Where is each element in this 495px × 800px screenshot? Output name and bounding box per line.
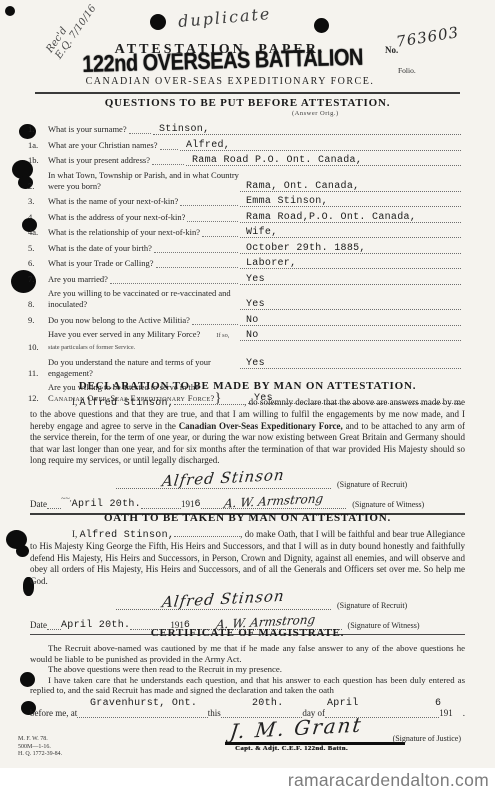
question-text: Do you now belong to the Active Militia? [48, 315, 240, 326]
typed-month: April [327, 698, 359, 709]
typed-year-digit: 6 [435, 698, 441, 709]
this-label: this [208, 708, 221, 718]
oath-paragraph: I, Alfred Stinson,, do make Oath, that I… [30, 528, 465, 587]
typed-recruit-name: Alfred Stinson, [80, 530, 175, 541]
answer-line: Yes [240, 357, 461, 369]
question-number: 5. [28, 243, 48, 254]
question-row: 4a. What is the relationship of your nex… [28, 226, 461, 238]
year-printed: 191 [439, 708, 453, 718]
question-number: 8. [28, 299, 48, 310]
dotted-leader [110, 283, 238, 284]
answer-line: Yes [240, 298, 461, 310]
dotted-leader [180, 205, 238, 206]
question-text: Have you ever served in any Military For… [48, 329, 240, 353]
document-header: duplicate Rec'd E.Q. 7/10/16 ATTESTATION… [0, 0, 495, 96]
question-number: 4a. [28, 227, 48, 238]
witness-signature-label: (Signature of Witness) [346, 500, 465, 509]
answer-line: Rama Road P.O. Ont. Canada, [186, 154, 461, 166]
questions-list: 1. What is your surname? Stinson, 1a. Wh… [0, 123, 495, 404]
answer-line: Alfred, [180, 139, 461, 151]
signature-line: Alfred Stinson [116, 590, 331, 610]
questions-subnote: (Answer Orig.) [292, 110, 339, 117]
question-row: 3. What is the name of your next-of-kin?… [28, 195, 461, 207]
typed-answer: Yes [240, 299, 265, 310]
question-label: Have you ever served in any Military For… [48, 329, 200, 339]
declaration-title: DECLARATION TO BE MADE BY MAN ON ATTESTA… [30, 380, 465, 392]
typed-answer: Alfred, [180, 140, 230, 151]
answer-line: Laborer, [240, 257, 461, 269]
witness-signature-line: A. W. Armstrong [201, 494, 346, 509]
certificate-paragraph-1: The Recruit above-named was cautioned by… [30, 643, 465, 664]
question-number: 1a. [28, 140, 48, 151]
question-label: Do you understand the nature and terms o… [48, 357, 211, 378]
question-label: What is the name of your next-of-kin? [48, 196, 178, 207]
certificate-paragraph-2: The above questions were then read to th… [30, 664, 465, 675]
typed-answer: Wife, [240, 227, 278, 238]
question-text: What is the relationship of your next-of… [48, 227, 240, 238]
typed-day: 20th. [252, 698, 284, 709]
typed-answer: No [240, 330, 259, 341]
dotted-leader [141, 500, 181, 509]
answer-line: Wife, [240, 226, 461, 238]
typed-date: April 20th. [72, 499, 141, 510]
justice-signature-row: J. M. Grant Capt. & Adjt. C.E.F. 122nd. … [30, 720, 465, 750]
answer-line: Stinson, [153, 123, 461, 135]
dotted-leader [160, 149, 178, 150]
dotted-leader [154, 252, 238, 253]
question-number: 9. [28, 315, 48, 326]
answer-line: Emma Stinson, [240, 195, 461, 207]
certificate-section: CERTIFICATE OF MAGISTRATE. The Recruit a… [0, 627, 495, 750]
question-row: 8. Are you willing to be vaccinated or r… [28, 288, 461, 310]
question-row: 9. Do you now belong to the Active Milit… [28, 314, 461, 326]
typed-answer: October 29th. 1885, [240, 243, 366, 254]
questions-section: QUESTIONS TO BE PUT BEFORE ATTESTATION. … [0, 97, 495, 408]
question-row: 1a. What are your Christian names? Alfre… [28, 139, 461, 151]
recruit-signature-label: (Signature of Recruit) [331, 601, 465, 610]
folio-label: Folio. [398, 66, 416, 75]
attestation-paper-scan: duplicate Rec'd E.Q. 7/10/16 ATTESTATION… [0, 0, 495, 800]
dotted-leader [174, 528, 240, 537]
dotted-leader [156, 267, 238, 268]
answer-line: Yes [240, 273, 461, 285]
question-row: 7. Are you married? Yes [28, 273, 461, 285]
question-row: 5. What is the date of your birth? Octob… [28, 242, 461, 254]
print-code-line: 500M—1-16. [18, 744, 62, 752]
dotted-leader [47, 500, 61, 509]
typed-answer: Yes [240, 358, 265, 369]
answer-line: No [240, 329, 461, 341]
print-code-line: H. Q. 1772-39-84. [18, 751, 62, 759]
answer-line: Rama, Ont. Canada, [240, 180, 461, 192]
witness-signature: A. W. Armstrong [223, 492, 324, 511]
oath-section: OATH TO BE TAKEN BY MAN ON ATTESTATION. … [0, 512, 495, 635]
question-label: Are you willing to be vaccinated or re-v… [48, 288, 231, 309]
typed-answer: Rama Road,P.O. Ont. Canada, [240, 212, 416, 223]
typed-answer: Rama, Ont. Canada, [240, 181, 359, 192]
question-text: What is the date of your birth? [48, 243, 240, 254]
question-row: 6. What is your Trade or Calling? Labore… [28, 257, 461, 269]
question-label: What is your Trade or Calling? [48, 258, 154, 269]
dotted-leader [174, 396, 244, 405]
question-row: 4. What is the address of your next-of-k… [28, 211, 461, 223]
date-label: Date [30, 499, 47, 509]
question-text: What is your Trade or Calling? [48, 258, 240, 269]
question-row: 11. Do you understand the nature and ter… [28, 357, 461, 379]
before-me-label: before me, at [30, 708, 77, 718]
dotted-leader [202, 236, 238, 237]
dotted-leader [77, 709, 208, 718]
declaration-section: DECLARATION TO BE MADE BY MAN ON ATTESTA… [0, 380, 495, 515]
recruit-signature-row: Alfred Stinson (Signature of Recruit) [30, 469, 465, 489]
question-number: 1. [28, 124, 48, 135]
print-code-line: M. F. W. 78. [18, 736, 62, 744]
form-print-codes: M. F. W. 78. 500M—1-16. H. Q. 1772-39-84… [18, 736, 62, 759]
certificate-paragraph-3: I have taken care that he understands ea… [30, 675, 465, 696]
question-text: In what Town, Township or Parish, and in… [48, 170, 240, 192]
question-text: Are you married? [48, 274, 240, 285]
question-label: What is the relationship of your next-of… [48, 227, 200, 238]
oath-title: OATH TO BE TAKEN BY MAN ON ATTESTATION. [30, 512, 465, 524]
question-label: Do you now belong to the Active Militia? [48, 315, 190, 326]
question-number: 11. [28, 368, 48, 379]
document-subtitle: CANADIAN OVER-SEAS EXPEDITIONARY FORCE. [0, 76, 460, 87]
certificate-text-1: The Recruit above-named was cautioned by… [30, 643, 465, 664]
declaration-date-row: Date ~~, April 20th. 191 6 A. W. Armstro… [30, 494, 465, 509]
question-row: 10. Have you ever served in any Military… [28, 329, 461, 353]
question-text: Do you understand the nature and terms o… [48, 357, 240, 379]
handwritten-duplicate-note: duplicate [177, 4, 272, 31]
question-number: 7. [28, 274, 48, 285]
typed-answer: Emma Stinson, [240, 196, 328, 207]
certificate-title: CERTIFICATE OF MAGISTRATE. [30, 627, 465, 639]
declaration-lead-in: I, [72, 397, 77, 407]
oath-lead-in: I, [72, 529, 77, 539]
year-printed: 191 [181, 499, 195, 509]
signature-line: Alfred Stinson [116, 469, 331, 489]
question-label: What is your surname? [48, 124, 127, 135]
question-label: What is your present address? [48, 155, 150, 166]
website-watermark: ramaracardendalton.com [288, 770, 489, 791]
typed-answer: No [240, 315, 259, 326]
answer-line: October 29th. 1885, [240, 242, 461, 254]
declaration-force-name: Canadian Over-Seas Expeditionary Force, [179, 421, 343, 431]
period: . [463, 708, 465, 718]
justice-signature-label: (Signature of Justice) [393, 734, 461, 743]
question-text: What are your Christian names? [48, 140, 180, 151]
officer-stamp-line: Capt. & Adjt. C.E.F. 122nd. Battn. [235, 745, 348, 752]
typed-answer: Yes [240, 274, 265, 285]
question-row: 2. In what Town, Township or Parish, and… [28, 170, 461, 192]
question-number: 4. [28, 212, 48, 223]
question-number: 3. [28, 196, 48, 207]
question-row: 1. What is your surname? Stinson, [28, 123, 461, 135]
typed-answer: Stinson, [153, 124, 209, 135]
recruit-signature: Alfred Stinson [161, 466, 286, 491]
question-text: What is the name of your next-of-kin? [48, 196, 240, 207]
dotted-leader [192, 324, 238, 325]
dotted-leader [129, 133, 151, 134]
questions-title: QUESTIONS TO BE PUT BEFORE ATTESTATION. [0, 97, 495, 109]
question-text: Are you willing to be vaccinated or re-v… [48, 288, 240, 310]
recruit-signature-row: Alfred Stinson (Signature of Recruit) [30, 590, 465, 610]
recruit-signature: Alfred Stinson [161, 587, 286, 612]
question-text: What is the address of your next-of-kin? [48, 212, 240, 223]
answer-line: Rama Road,P.O. Ont. Canada, [240, 211, 461, 223]
question-number: 6. [28, 258, 48, 269]
question-text: What is your surname? [48, 124, 153, 135]
recruit-signature-label: (Signature of Recruit) [331, 480, 465, 489]
question-number: 10. [28, 342, 48, 353]
question-label: What are your Christian names? [48, 140, 158, 151]
question-number: 2. [28, 181, 48, 192]
question-row: 1b. What is your present address? Rama R… [28, 154, 461, 166]
certificate-before-me-line: before me, at this day of 191 . Gravenhu… [30, 708, 465, 718]
question-label: What is the address of your next-of-kin? [48, 212, 185, 223]
handwritten-scribble: ~~, [61, 494, 72, 503]
question-label: What is the date of your birth? [48, 243, 152, 254]
question-number: 1b. [28, 155, 48, 166]
question-text: What is your present address? [48, 155, 186, 166]
dotted-leader [187, 221, 238, 222]
typed-answer: Rama Road P.O. Ont. Canada, [186, 155, 362, 166]
question-label: In what Town, Township or Parish, and in… [48, 170, 239, 191]
typed-place: Gravenhurst, Ont. [90, 698, 197, 709]
question-label: Are you married? [48, 274, 108, 285]
typed-recruit-name: Alfred Stinson, [80, 398, 175, 409]
answer-line: No [240, 314, 461, 326]
header-rule [35, 92, 460, 94]
dotted-leader [152, 164, 184, 165]
declaration-paragraph: I, Alfred Stinson,, do solemnly declare … [30, 396, 465, 466]
typed-answer: Laborer, [240, 258, 296, 269]
certificate-text-2: The above questions were then read to th… [48, 664, 282, 674]
certificate-text-3: I have taken care that he understands ea… [30, 675, 465, 696]
